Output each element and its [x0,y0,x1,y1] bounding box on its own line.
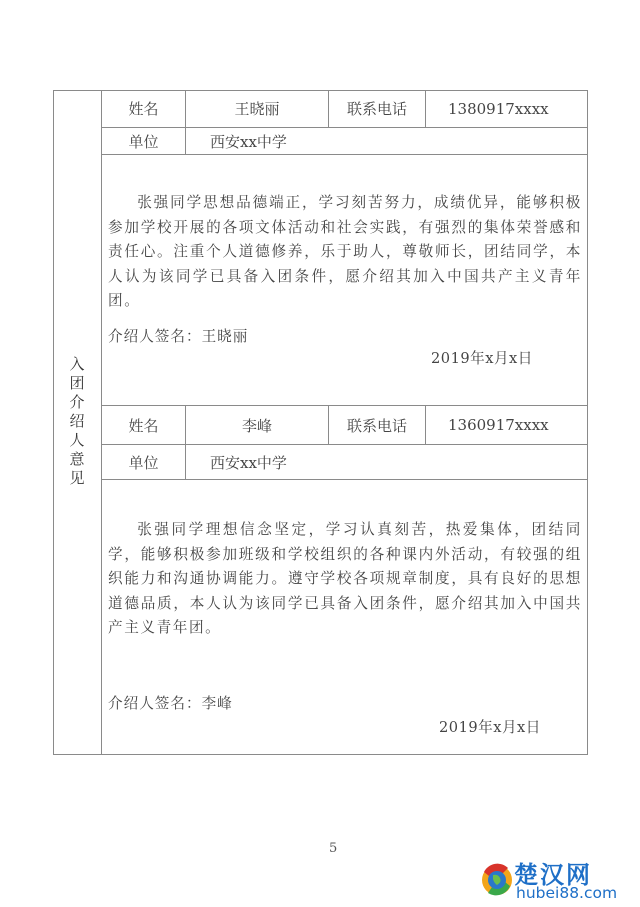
watermark-url: hubei88.com [516,884,617,902]
unit-row: 单位 西安xx中学 [102,445,588,480]
name-row: 姓名 王晓丽 联系电话 1380917xxxx [102,90,588,128]
document-page: 入团介绍人意见 姓名 王晓丽 联系电话 1380917xxxx 单位 西安xx中… [0,0,640,907]
unit-row: 单位 西安xx中学 [102,128,588,155]
signature: 介绍人签名：李峰 [108,692,233,713]
unit-label: 单位 [102,445,185,479]
name-row: 姓名 李峰 联系电话 1360917xxxx [102,405,588,445]
opinion-text: 张强同学思想品德端正，学习刻苦努力，成绩优异，能够积极参加学校开展的各项文体活动… [108,191,582,314]
unit-value: 西安xx中学 [185,128,588,154]
introducer-block-1: 姓名 王晓丽 联系电话 1380917xxxx 单位 西安xx中学 张强同学思想… [102,90,588,405]
watermark-logo: 楚汉网 hubei88.com [480,858,635,904]
name-value: 李峰 [185,406,328,444]
unit-value: 西安xx中学 [185,445,588,479]
phone-label: 联系电话 [328,90,425,127]
signature: 介绍人签名：王晓丽 [108,325,248,346]
opinion-section: 张强同学理想信念坚定，学习认真刻苦，热爱集体，团结同学，能够积极参加班级和学校组… [102,480,588,755]
name-label: 姓名 [102,90,185,127]
page-number: 5 [329,841,337,856]
date: 2019年x月x日 [439,716,541,737]
opinion-text: 张强同学理想信念坚定，学习认真刻苦，热爱集体，团结同学，能够积极参加班级和学校组… [108,518,582,641]
opinion-section: 张强同学思想品德端正，学习刻苦努力，成绩优异，能够积极参加学校开展的各项文体活动… [102,155,588,405]
name-value: 王晓丽 [185,90,328,127]
unit-label: 单位 [102,128,185,154]
side-label: 入团介绍人意见 [67,356,88,489]
phone-value: 1360917xxxx [425,406,588,444]
date: 2019年x月x日 [431,347,533,368]
phone-label: 联系电话 [328,406,425,444]
introducer-block-2: 姓名 李峰 联系电话 1360917xxxx 单位 西安xx中学 张强同学理想信… [102,405,588,755]
globe-icon [480,860,514,900]
phone-value: 1380917xxxx [425,90,588,127]
name-label: 姓名 [102,406,185,444]
side-label-cell: 入团介绍人意见 [53,90,102,755]
